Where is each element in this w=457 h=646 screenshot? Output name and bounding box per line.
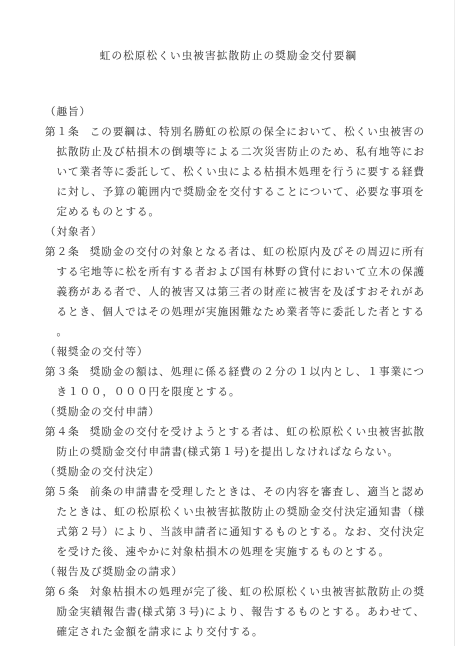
- section-report-claim: （報告及び奨励金の請求） 第６条対象枯損木の処理が完了後、虹の松原松くい虫被害拡…: [45, 563, 425, 643]
- document-title: 虹の松原松くい虫被害拡散防止の奨励金交付要綱: [20, 47, 437, 67]
- article-text: この要綱は、特別名勝虹の松原の保全において、松くい虫被害の拡散防止及び枯損木の倒…: [57, 127, 426, 218]
- article-text: 奨励金の交付の対象となる者は、虹の松原内及びその周辺に所有する宅地等に松を所有す…: [57, 247, 426, 338]
- section-heading: （報告及び奨励金の請求）: [45, 563, 425, 583]
- section-purpose: （趣旨） 第１条この要綱は、特別名勝虹の松原の保全において、松くい虫被害の拡散防…: [45, 103, 425, 223]
- article-number: 第２条: [45, 247, 80, 258]
- article-number: 第３条: [45, 367, 80, 378]
- article-text: 対象枯損木の処理が完了後、虹の松原松くい虫被害拡散防止の奨励金実績報告書(様式第…: [57, 587, 426, 638]
- article-number: 第６条: [45, 587, 80, 598]
- section-eligibility: （対象者） 第２条奨励金の交付の対象となる者は、虹の松原内及びその周辺に所有する…: [45, 223, 425, 343]
- document-body: （趣旨） 第１条この要綱は、特別名勝虹の松原の保全において、松くい虫被害の拡散防…: [0, 103, 457, 643]
- article-paragraph: 第４条奨励金の交付を受けようとする者は、虹の松原松くい虫被害拡散防止の奨励金交付…: [45, 423, 425, 463]
- article-paragraph: 第６条対象枯損木の処理が完了後、虹の松原松くい虫被害拡散防止の奨励金実績報告書(…: [45, 583, 425, 643]
- article-text: 奨励金の額は、処理に係る経費の２分の１以内とし、１事業につき１００，０００円を限…: [57, 367, 426, 398]
- article-paragraph: 第３条奨励金の額は、処理に係る経費の２分の１以内とし、１事業につき１００，０００…: [45, 363, 425, 403]
- section-grant-decision: （奨励金の交付決定） 第５条前条の申請書を受理したときは、その内容を審査し、適当…: [45, 463, 425, 563]
- section-heading: （対象者）: [45, 223, 425, 243]
- article-number: 第５条: [45, 487, 80, 498]
- section-heading: （奨励金の交付決定）: [45, 463, 425, 483]
- article-paragraph: 第２条奨励金の交付の対象となる者は、虹の松原内及びその周辺に所有する宅地等に松を…: [45, 243, 425, 343]
- section-heading: （趣旨）: [45, 103, 425, 123]
- document-page: 虹の松原松くい虫被害拡散防止の奨励金交付要綱 （趣旨） 第１条この要綱は、特別名…: [0, 0, 457, 646]
- article-text: 奨励金の交付を受けようとする者は、虹の松原松くい虫被害拡散防止の奨励金交付申請書…: [57, 427, 426, 458]
- article-paragraph: 第１条この要綱は、特別名勝虹の松原の保全において、松くい虫被害の拡散防止及び枯損…: [45, 123, 425, 223]
- section-heading: （奨励金の交付申請）: [45, 403, 425, 423]
- section-application: （奨励金の交付申請） 第４条奨励金の交付を受けようとする者は、虹の松原松くい虫被…: [45, 403, 425, 463]
- section-heading: （報奨金の交付等）: [45, 343, 425, 363]
- article-text: 前条の申請書を受理したときは、その内容を審査し、適当と認めたときは、虹の松原松く…: [57, 487, 426, 558]
- article-number: 第４条: [45, 427, 80, 438]
- article-number: 第１条: [45, 127, 80, 138]
- scan-edge-artifact: [454, 0, 455, 646]
- article-paragraph: 第５条前条の申請書を受理したときは、その内容を審査し、適当と認めたときは、虹の松…: [45, 483, 425, 563]
- section-grant-amount: （報奨金の交付等） 第３条奨励金の額は、処理に係る経費の２分の１以内とし、１事業…: [45, 343, 425, 403]
